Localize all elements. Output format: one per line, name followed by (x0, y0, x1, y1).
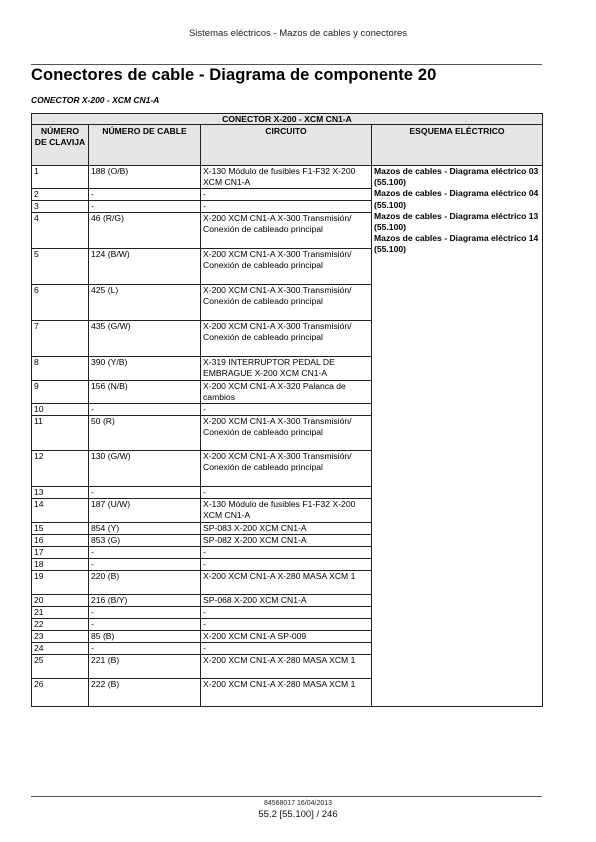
circuit-cell: X-200 XCM CN1-A X-300 Transmisión/ Conex… (201, 451, 372, 487)
wiring-diagram-link[interactable]: Mazos de cables - Diagrama eléctrico 04 … (374, 188, 540, 210)
pin-cell: 21 (32, 607, 89, 619)
circuit-cell: - (201, 643, 372, 655)
wiring-diagram-link[interactable]: Mazos de cables - Diagrama eléctrico 13 … (374, 211, 540, 233)
header-circuit: CIRCUITO (201, 125, 372, 166)
cable-cell: 187 (U/W) (89, 499, 201, 523)
cable-cell: 130 (G/W) (89, 451, 201, 487)
pin-cell: 11 (32, 416, 89, 451)
pin-cell: 2 (32, 189, 89, 201)
page-title: Conectores de cable - Diagrama de compon… (31, 66, 436, 85)
circuit-cell: X-200 XCM CN1-A SP-009 (201, 631, 372, 643)
cable-cell: - (89, 189, 201, 201)
circuit-cell: - (201, 404, 372, 416)
circuit-cell: X-200 XCM CN1-A X-300 Transmisión/ Conex… (201, 213, 372, 249)
pin-cell: 25 (32, 655, 89, 679)
circuit-cell: X-319 INTERRUPTOR PEDAL DE EMBRAGUE X-20… (201, 357, 372, 381)
cable-cell: 50 (R) (89, 416, 201, 451)
circuit-cell: X-200 XCM CN1-A X-320 Palanca de cambios (201, 381, 372, 404)
cable-cell: 46 (R/G) (89, 213, 201, 249)
cable-cell: 220 (B) (89, 571, 201, 595)
table-row: 1188 (O/B)X-130 Módulo de fusibles F1-F3… (32, 166, 543, 189)
pin-cell: 7 (32, 321, 89, 357)
cable-cell: 853 (G) (89, 535, 201, 547)
circuit-cell: - (201, 189, 372, 201)
pin-cell: 9 (32, 381, 89, 404)
cable-cell: 425 (L) (89, 285, 201, 321)
pin-cell: 24 (32, 643, 89, 655)
circuit-cell: SP-083 X-200 XCM CN1-A (201, 523, 372, 535)
circuit-cell: X-200 XCM CN1-A X-280 MASA XCM 1 (201, 679, 372, 707)
pin-cell: 6 (32, 285, 89, 321)
pin-cell: 5 (32, 249, 89, 285)
pin-cell: 17 (32, 547, 89, 559)
pin-cell: 16 (32, 535, 89, 547)
circuit-cell: - (201, 619, 372, 631)
cable-cell: - (89, 619, 201, 631)
circuit-cell: SP-068 X-200 XCM CN1-A (201, 595, 372, 607)
circuit-cell: X-200 XCM CN1-A X-280 MASA XCM 1 (201, 655, 372, 679)
pin-cell: 14 (32, 499, 89, 523)
top-divider (31, 64, 542, 65)
wiring-diagram-link[interactable]: Mazos de cables - Diagrama eléctrico 03 … (374, 166, 540, 188)
cable-cell: 854 (Y) (89, 523, 201, 535)
pin-cell: 20 (32, 595, 89, 607)
pin-cell: 10 (32, 404, 89, 416)
cable-cell: - (89, 547, 201, 559)
pin-cell: 8 (32, 357, 89, 381)
circuit-cell: X-200 XCM CN1-A X-300 Transmisión/ Conex… (201, 416, 372, 451)
pin-cell: 13 (32, 487, 89, 499)
cable-cell: 216 (B/Y) (89, 595, 201, 607)
circuit-cell: X-200 XCM CN1-A X-280 MASA XCM 1 (201, 571, 372, 595)
pin-cell: 4 (32, 213, 89, 249)
pin-cell: 1 (32, 166, 89, 189)
circuit-cell: - (201, 547, 372, 559)
circuit-cell: X-200 XCM CN1-A X-300 Transmisión/ Conex… (201, 285, 372, 321)
pin-cell: 12 (32, 451, 89, 487)
circuit-cell: SP-082 X-200 XCM CN1-A (201, 535, 372, 547)
cable-cell: - (89, 607, 201, 619)
running-header: Sistemas eléctricos - Mazos de cables y … (0, 28, 596, 39)
cable-cell: - (89, 559, 201, 571)
cable-cell: - (89, 404, 201, 416)
pin-cell: 19 (32, 571, 89, 595)
circuit-cell: - (201, 487, 372, 499)
cable-cell: - (89, 201, 201, 213)
table-body: 1188 (O/B)X-130 Módulo de fusibles F1-F3… (32, 166, 543, 707)
connector-table: CONECTOR X-200 - XCM CN1-A NÚMERO DE CLA… (31, 113, 543, 707)
cable-cell: 85 (B) (89, 631, 201, 643)
circuit-cell: X-130 Módulo de fusibles F1-F32 X-200 XC… (201, 499, 372, 523)
cable-cell: 124 (B/W) (89, 249, 201, 285)
table-caption: CONECTOR X-200 - XCM CN1-A (32, 114, 543, 125)
pin-cell: 15 (32, 523, 89, 535)
header-wiring-diagram: ESQUEMA ELÉCTRICO (372, 125, 543, 166)
circuit-cell: - (201, 201, 372, 213)
pin-cell: 3 (32, 201, 89, 213)
cable-cell: - (89, 487, 201, 499)
cable-cell: - (89, 643, 201, 655)
circuit-cell: - (201, 559, 372, 571)
header-cable-number: NÚMERO DE CABLE (89, 125, 201, 166)
circuit-cell: X-130 Módulo de fusibles F1-F32 X-200 XC… (201, 166, 372, 189)
pin-cell: 18 (32, 559, 89, 571)
header-pin-number: NÚMERO DE CLAVIJA (32, 125, 89, 166)
bottom-divider (31, 796, 542, 797)
pin-cell: 22 (32, 619, 89, 631)
cable-cell: 222 (B) (89, 679, 201, 707)
circuit-cell: X-200 XCM CN1-A X-300 Transmisión/ Conex… (201, 249, 372, 285)
pin-cell: 26 (32, 679, 89, 707)
cable-cell: 221 (B) (89, 655, 201, 679)
cable-cell: 156 (N/B) (89, 381, 201, 404)
cable-cell: 188 (O/B) (89, 166, 201, 189)
circuit-cell: X-200 XCM CN1-A X-300 Transmisión/ Conex… (201, 321, 372, 357)
wiring-diagram-cell: Mazos de cables - Diagrama eléctrico 03 … (372, 166, 543, 707)
cable-cell: 435 (G/W) (89, 321, 201, 357)
circuit-cell: - (201, 607, 372, 619)
pin-cell: 23 (32, 631, 89, 643)
cable-cell: 390 (Y/B) (89, 357, 201, 381)
wiring-diagram-link[interactable]: Mazos de cables - Diagrama eléctrico 14 … (374, 233, 540, 255)
connector-subtitle: CONECTOR X-200 - XCM CN1-A (31, 95, 159, 105)
footer-document-id: 84568017 16/04/2013 (0, 800, 596, 807)
footer-page-number: 55.2 [55.100] / 246 (0, 809, 596, 820)
